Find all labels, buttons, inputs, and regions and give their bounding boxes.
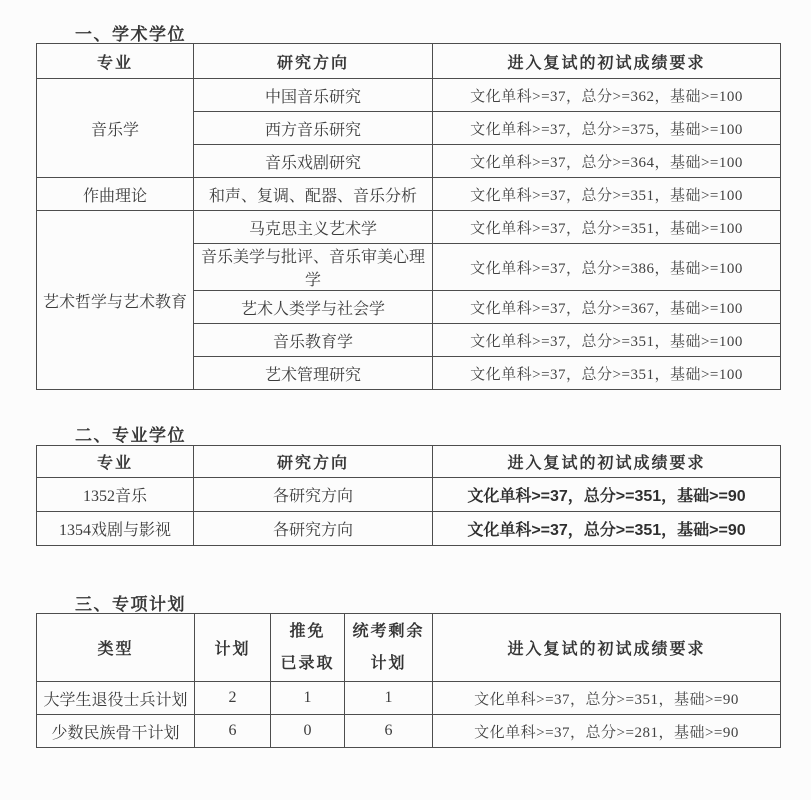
cell-requirement: 文化单科>=37，总分>=281，基础>=90 [433,715,781,748]
header-requirement: 进入复试的初试成绩要求 [433,446,781,478]
table-header-row: 类型 计划 推免 已录取 统考剩余 计划 进入复试的初试成绩要求 [37,614,781,682]
page: 一、学术学位 专业 研究方向 进入复试的初试成绩要求 音乐学 中国音乐研究 文化… [0,0,811,800]
cell-direction: 和声、复调、配器、音乐分析 [194,178,433,211]
header-remaining-line1: 统考剩余 [347,616,430,648]
cell-requirement: 文化单科>=37，总分>=351，基础>=100 [433,324,781,357]
header-plan: 计划 [195,614,271,682]
cell-direction: 中国音乐研究 [194,79,433,112]
cell-requirement: 文化单科>=37，总分>=351，基础>=100 [433,211,781,244]
table-row: 大学生退役士兵计划 2 1 1 文化单科>=37，总分>=351，基础>=90 [37,682,781,715]
cell-direction: 各研究方向 [194,512,433,546]
cell-plan: 6 [195,715,271,748]
cell-requirement: 文化单科>=37，总分>=351，基础>=90 [433,682,781,715]
cell-direction: 音乐戏剧研究 [194,145,433,178]
cell-requirement: 文化单科>=37，总分>=367，基础>=100 [433,291,781,324]
section-title-professional-degree: 二、专业学位 [75,421,186,446]
cell-requirement: 文化单科>=37，总分>=351，基础>=90 [433,478,781,512]
table-header-row: 专业 研究方向 进入复试的初试成绩要求 [37,446,781,478]
cell-exempt: 0 [271,715,345,748]
table-row: 1354戏剧与影视 各研究方向 文化单科>=37，总分>=351，基础>=90 [37,512,781,546]
header-remaining-line2: 计划 [347,648,430,680]
cell-type: 大学生退役士兵计划 [37,682,195,715]
cell-requirement: 文化单科>=37，总分>=362，基础>=100 [433,79,781,112]
cell-direction: 艺术人类学与社会学 [194,291,433,324]
header-type: 类型 [37,614,195,682]
cell-requirement: 文化单科>=37，总分>=375，基础>=100 [433,112,781,145]
header-remaining-plan: 统考剩余 计划 [345,614,433,682]
table-row: 艺术哲学与艺术教育 马克思主义艺术学 文化单科>=37，总分>=351，基础>=… [37,211,781,244]
table-row: 作曲理论 和声、复调、配器、音乐分析 文化单科>=37，总分>=351，基础>=… [37,178,781,211]
cell-major: 作曲理论 [37,178,194,211]
section-title-special-program: 三、专项计划 [75,590,186,615]
cell-major: 音乐学 [37,79,194,178]
header-major: 专业 [37,446,194,478]
cell-major: 1352音乐 [37,478,194,512]
academic-degree-table: 专业 研究方向 进入复试的初试成绩要求 音乐学 中国音乐研究 文化单科>=37，… [36,43,781,390]
cell-direction: 艺术管理研究 [194,357,433,390]
section-title-academic-degree: 一、学术学位 [75,20,186,45]
cell-requirement: 文化单科>=37，总分>=351，基础>=100 [433,178,781,211]
table-header-row: 专业 研究方向 进入复试的初试成绩要求 [37,44,781,79]
header-exempt-admitted: 推免 已录取 [271,614,345,682]
professional-degree-table: 专业 研究方向 进入复试的初试成绩要求 1352音乐 各研究方向 文化单科>=3… [36,445,781,546]
cell-direction: 音乐美学与批评、音乐审美心理学 [194,244,433,291]
cell-requirement: 文化单科>=37，总分>=364，基础>=100 [433,145,781,178]
cell-direction: 各研究方向 [194,478,433,512]
cell-major: 艺术哲学与艺术教育 [37,211,194,390]
cell-direction: 西方音乐研究 [194,112,433,145]
table-row: 少数民族骨干计划 6 0 6 文化单科>=37，总分>=281，基础>=90 [37,715,781,748]
cell-major: 1354戏剧与影视 [37,512,194,546]
cell-exempt: 1 [271,682,345,715]
header-exempt-line2: 已录取 [273,648,342,680]
header-major: 专业 [37,44,194,79]
header-exempt-line1: 推免 [273,616,342,648]
cell-remaining: 6 [345,715,433,748]
cell-requirement: 文化单科>=37，总分>=386，基础>=100 [433,244,781,291]
header-direction: 研究方向 [194,44,433,79]
cell-requirement: 文化单科>=37，总分>=351，基础>=100 [433,357,781,390]
table-row: 1352音乐 各研究方向 文化单科>=37，总分>=351，基础>=90 [37,478,781,512]
cell-remaining: 1 [345,682,433,715]
header-direction: 研究方向 [194,446,433,478]
cell-direction: 马克思主义艺术学 [194,211,433,244]
special-program-table: 类型 计划 推免 已录取 统考剩余 计划 进入复试的初试成绩要求 大学生退役士兵… [36,613,781,748]
cell-direction: 音乐教育学 [194,324,433,357]
cell-type: 少数民族骨干计划 [37,715,195,748]
cell-plan: 2 [195,682,271,715]
header-requirement: 进入复试的初试成绩要求 [433,44,781,79]
cell-requirement: 文化单科>=37，总分>=351，基础>=90 [433,512,781,546]
header-requirement: 进入复试的初试成绩要求 [433,614,781,682]
table-row: 音乐学 中国音乐研究 文化单科>=37，总分>=362，基础>=100 [37,79,781,112]
